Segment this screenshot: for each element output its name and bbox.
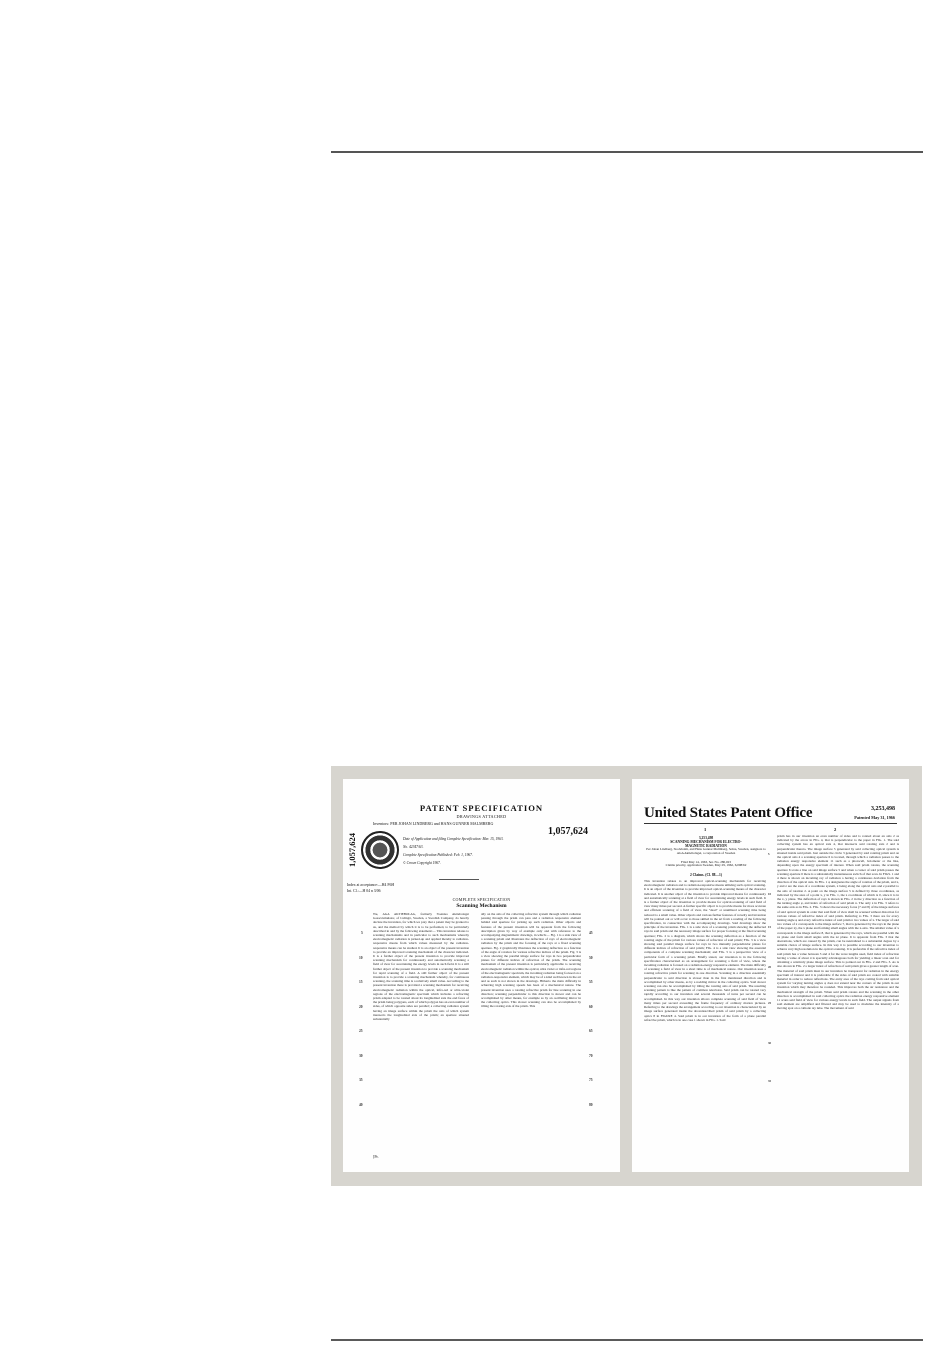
margin-number: 30	[768, 1041, 771, 1045]
complete-specification-label: COMPLETE SPECIFICATION	[343, 897, 620, 902]
margin-number: 10	[768, 892, 771, 896]
margin-number: 5	[768, 852, 770, 856]
line-number: 55	[589, 980, 593, 984]
british-patent-column-1: We, AGA AKTIEBOLAG, formerly Svenska Akt…	[373, 912, 469, 1152]
us-patent-date: Patented May 31, 1966	[854, 815, 895, 820]
line-number: 25	[359, 1029, 363, 1033]
margin-number: 35	[768, 1079, 771, 1083]
british-patent-meta-line: © Crown Copyright 1967.	[403, 861, 441, 865]
us-patent-column-2: prism has in our invention an even numbe…	[777, 834, 899, 1153]
line-number: 75	[589, 1078, 593, 1082]
us-patent-head-line: Claims priority, application Sweden, May…	[644, 864, 768, 868]
margin-number: 20	[768, 965, 771, 969]
british-patent-index: Index at acceptance:—H4 F6H	[347, 883, 394, 887]
line-number: 20	[359, 1005, 363, 1009]
us-patent-header-rule	[644, 823, 897, 824]
us-patent-page-image[interactable]: United States Patent Office 3,253,498 Pa…	[632, 779, 909, 1172]
line-number: 10	[359, 956, 363, 960]
line-number: 60	[589, 1005, 593, 1009]
patent-images-panel: PATENT SPECIFICATION DRAWINGS ATTACHED I…	[331, 766, 922, 1186]
coat-of-arms-seal-icon	[361, 831, 399, 869]
british-patent-inventors: Inventors: PER JOHAN LINDBERG and HANS G…	[373, 821, 493, 826]
british-patent-subtitle: DRAWINGS ATTACHED	[343, 814, 620, 819]
british-patent-heading: Scanning Mechanism	[343, 903, 620, 909]
british-patent-column-2: ally on the axis of the collecting refra…	[481, 912, 581, 1108]
divider	[439, 879, 479, 880]
line-number: 45	[589, 931, 593, 935]
column-number: 2	[834, 827, 836, 832]
british-patent-meta-line: Date of Application and filing Complete …	[403, 837, 504, 841]
us-patent-office-title: United States Patent Office	[644, 805, 812, 822]
line-number: 30	[359, 1054, 363, 1058]
us-patent-column-1: This invention relates to an improved op…	[644, 879, 766, 1153]
british-patent-vertical-number: 1,057,624	[347, 833, 357, 867]
british-patent-page-image[interactable]: PATENT SPECIFICATION DRAWINGS ATTACHED I…	[343, 779, 620, 1172]
british-patent-int-cl: Int. Cl.:—H 04 n 3/06	[347, 889, 381, 893]
line-number: 35	[359, 1078, 363, 1082]
british-patent-meta-line: Complete Specification Published: Feb. 1…	[403, 853, 473, 857]
line-number: 5	[361, 931, 363, 935]
line-number: 70	[589, 1054, 593, 1058]
bottom-divider-line	[331, 1339, 923, 1341]
line-number: 15	[359, 980, 363, 984]
line-number: 40	[359, 1103, 363, 1107]
line-number: 65	[589, 1029, 593, 1033]
column-number: 1	[704, 827, 706, 832]
british-patent-meta-line: No. 42347/63.	[403, 845, 423, 849]
line-number: 50	[589, 956, 593, 960]
british-patent-footer: [Pr.	[373, 1155, 393, 1159]
us-patent-number: 3,253,498	[871, 806, 895, 812]
british-patent-title: PATENT SPECIFICATION	[343, 803, 620, 813]
top-divider-line	[331, 151, 923, 153]
us-patent-head-line: 2 Claims. (Cl. 88—1)	[644, 873, 768, 877]
margin-number: 15	[768, 925, 771, 929]
line-number: 80	[589, 1103, 593, 1107]
us-patent-head-line: Per Johan Lindberg, Stockholm, and Hans …	[644, 848, 768, 856]
margin-number: 25	[768, 1001, 771, 1005]
british-patent-number: 1,057,624	[548, 826, 588, 837]
